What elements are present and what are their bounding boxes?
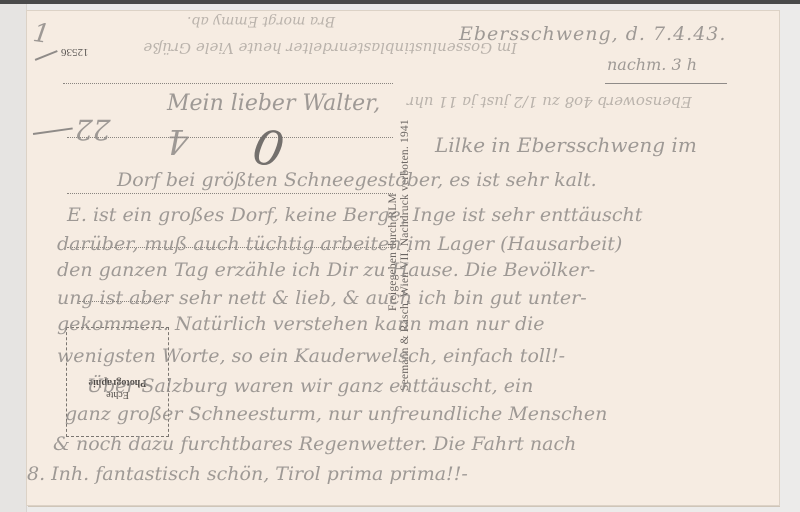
mark-22: 22 (75, 113, 111, 146)
greeting: Mein lieber Walter, (167, 91, 380, 116)
postcard-back: 12536 Seemann & Rasch, Wien VII, Nachdru… (27, 11, 779, 505)
letter-line-1: Lilke in Ebersschweng im (435, 133, 697, 157)
letter-line-10: ganz großer Schneesturm, nur unfreundlic… (65, 403, 607, 425)
serial-number: 12536 (61, 46, 89, 58)
mark-1: 1 (31, 18, 52, 50)
letter-line-6: ung ist aber sehr nett & lieb, & auch ic… (57, 287, 587, 309)
letter-line-7: gekommen. Natürlich verstehen kann man n… (57, 313, 544, 335)
letter-line-5: den ganzen Tag erzähle ich Dir zu Hause.… (57, 259, 595, 281)
time-underline (605, 83, 727, 84)
address-line-3 (67, 193, 393, 194)
mark-4: 4 (167, 121, 189, 161)
upside-down-line-2: Im Gossenlustinblastenrdelter heute Viel… (97, 39, 517, 57)
mark-dash-22 (33, 127, 73, 134)
letter-line-2: Dorf bei größten Schneegestöber, es ist … (117, 169, 597, 191)
place-date: Ebersschweng, d. 7.4.43. (459, 23, 726, 45)
letter-line-12: 8. Inh. fantastisch schön, Tirol prima p… (27, 463, 468, 485)
upside-down-line-1: Bra morgt Emmy ab. (187, 13, 335, 29)
time: nachm. 3 h (607, 55, 697, 74)
letter-line-4: darüber, muß auch tüchtig arbeiten im La… (57, 233, 622, 255)
top-border (0, 0, 800, 4)
left-scan-edge (0, 4, 27, 512)
letter-line-3: E. ist ein großes Dorf, keine Berge, Ing… (67, 204, 642, 226)
address-line-1 (63, 83, 393, 84)
upside-down-line-3: Ebensowerb 4o8 zu 1/2 just ja 11 uhr (407, 93, 692, 111)
mark-dash-top (35, 50, 58, 60)
letter-line-11: & noch dazu furchtbares Regenwetter. Die… (53, 433, 576, 455)
letter-line-9: Über Salzburg waren wir ganz enttäuscht,… (87, 375, 533, 397)
letter-line-8: wenigsten Worte, so ein Kauderwelsch, ei… (57, 345, 565, 367)
address-line-2 (67, 137, 393, 138)
